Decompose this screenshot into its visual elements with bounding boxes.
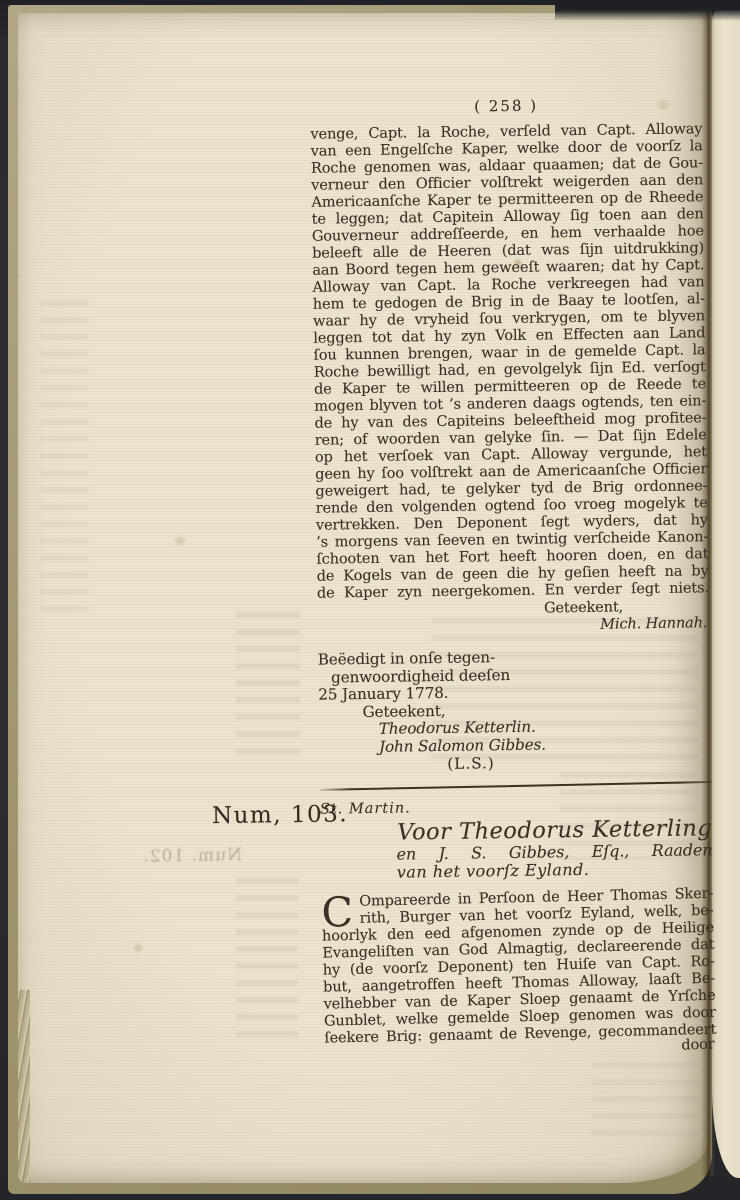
- next-page-edge: [712, 10, 740, 1178]
- oath-attestation-block: Beëedigt in onſe tegen- genwoordigheid d…: [318, 646, 712, 775]
- section-heading: Voor Theodorus Ketterling en J. S. Gibbe…: [320, 815, 713, 882]
- page-edge-lines: [18, 990, 30, 1182]
- deposition-paragraph: venge, Capt. la Roche, verſeld van Capt.…: [310, 121, 709, 602]
- printed-text-column: ( 258 ) venge, Capt. la Roche, verſeld v…: [310, 95, 715, 1066]
- book-scan: Num. 102. ( 258 ) venge, Capt. la Roche,…: [0, 0, 740, 1200]
- showthrough-number-label: Num. 102.: [138, 845, 242, 869]
- background-shadow: [555, 0, 740, 34]
- signature-block: Geteekent, Mich. Hannah.: [317, 598, 709, 637]
- section-divider: [320, 781, 712, 791]
- document-number-label: Num, 103.: [212, 806, 348, 825]
- drop-cap: C: [321, 895, 353, 930]
- deposition-paragraph: C Ompareerde in Perſoon de Heer Thomas S…: [321, 886, 717, 1066]
